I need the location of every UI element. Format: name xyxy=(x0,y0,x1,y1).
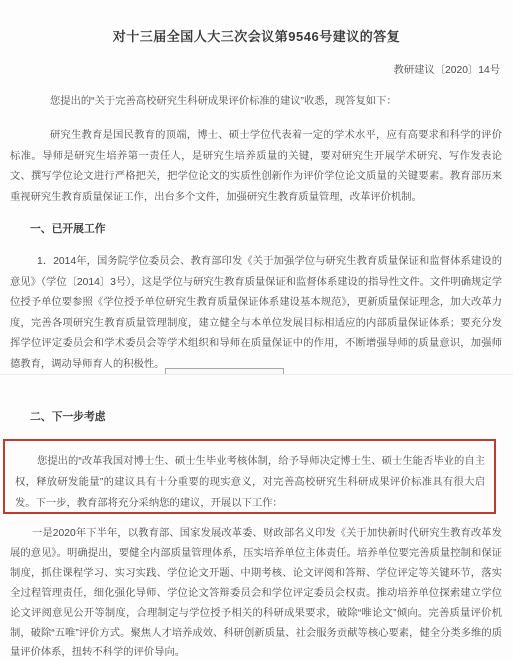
section2-paragraph: 一是2020年下半年，以教育部、国家发展改革委、财政部名义印发《关于加快新时代研… xyxy=(10,524,502,661)
overview-paragraph: 研究生教育是国民教育的顶端，博士、硕士学位代表着一定的学术水平，应有高要求和科学… xyxy=(10,126,502,208)
intro-paragraph: 您提出的“关于完善高校研究生科研成果评价标准的建议”收悉，现答复如下： xyxy=(10,92,502,113)
section2-heading: 二、下一步考虑 xyxy=(30,409,106,424)
document-title: 对十三届全国人大三次会议第9546号建议的答复 xyxy=(0,26,513,45)
highlighted-paragraph: 您提出的“改革我国对博士生、硕士生毕业考核体制，给予导师决定博士生、硕士生能否毕… xyxy=(15,452,485,514)
document-page: 对十三届全国人大三次会议第9546号建议的答复 教研建议〔2020〕14号 您提… xyxy=(0,0,513,661)
highlight-red-box: 您提出的“改革我国对博士生、硕士生毕业考核体制，给予导师决定博士生、硕士生能否毕… xyxy=(3,439,496,514)
section1-paragraph: 1．2014年，国务院学位委员会、教育部印发《关于加强学位与研究生教育质量保证和… xyxy=(10,252,502,375)
document-number: 教研建议〔2020〕14号 xyxy=(394,61,500,76)
section1-heading: 一、已开展工作 xyxy=(30,221,106,236)
page-break-divider xyxy=(0,374,513,375)
